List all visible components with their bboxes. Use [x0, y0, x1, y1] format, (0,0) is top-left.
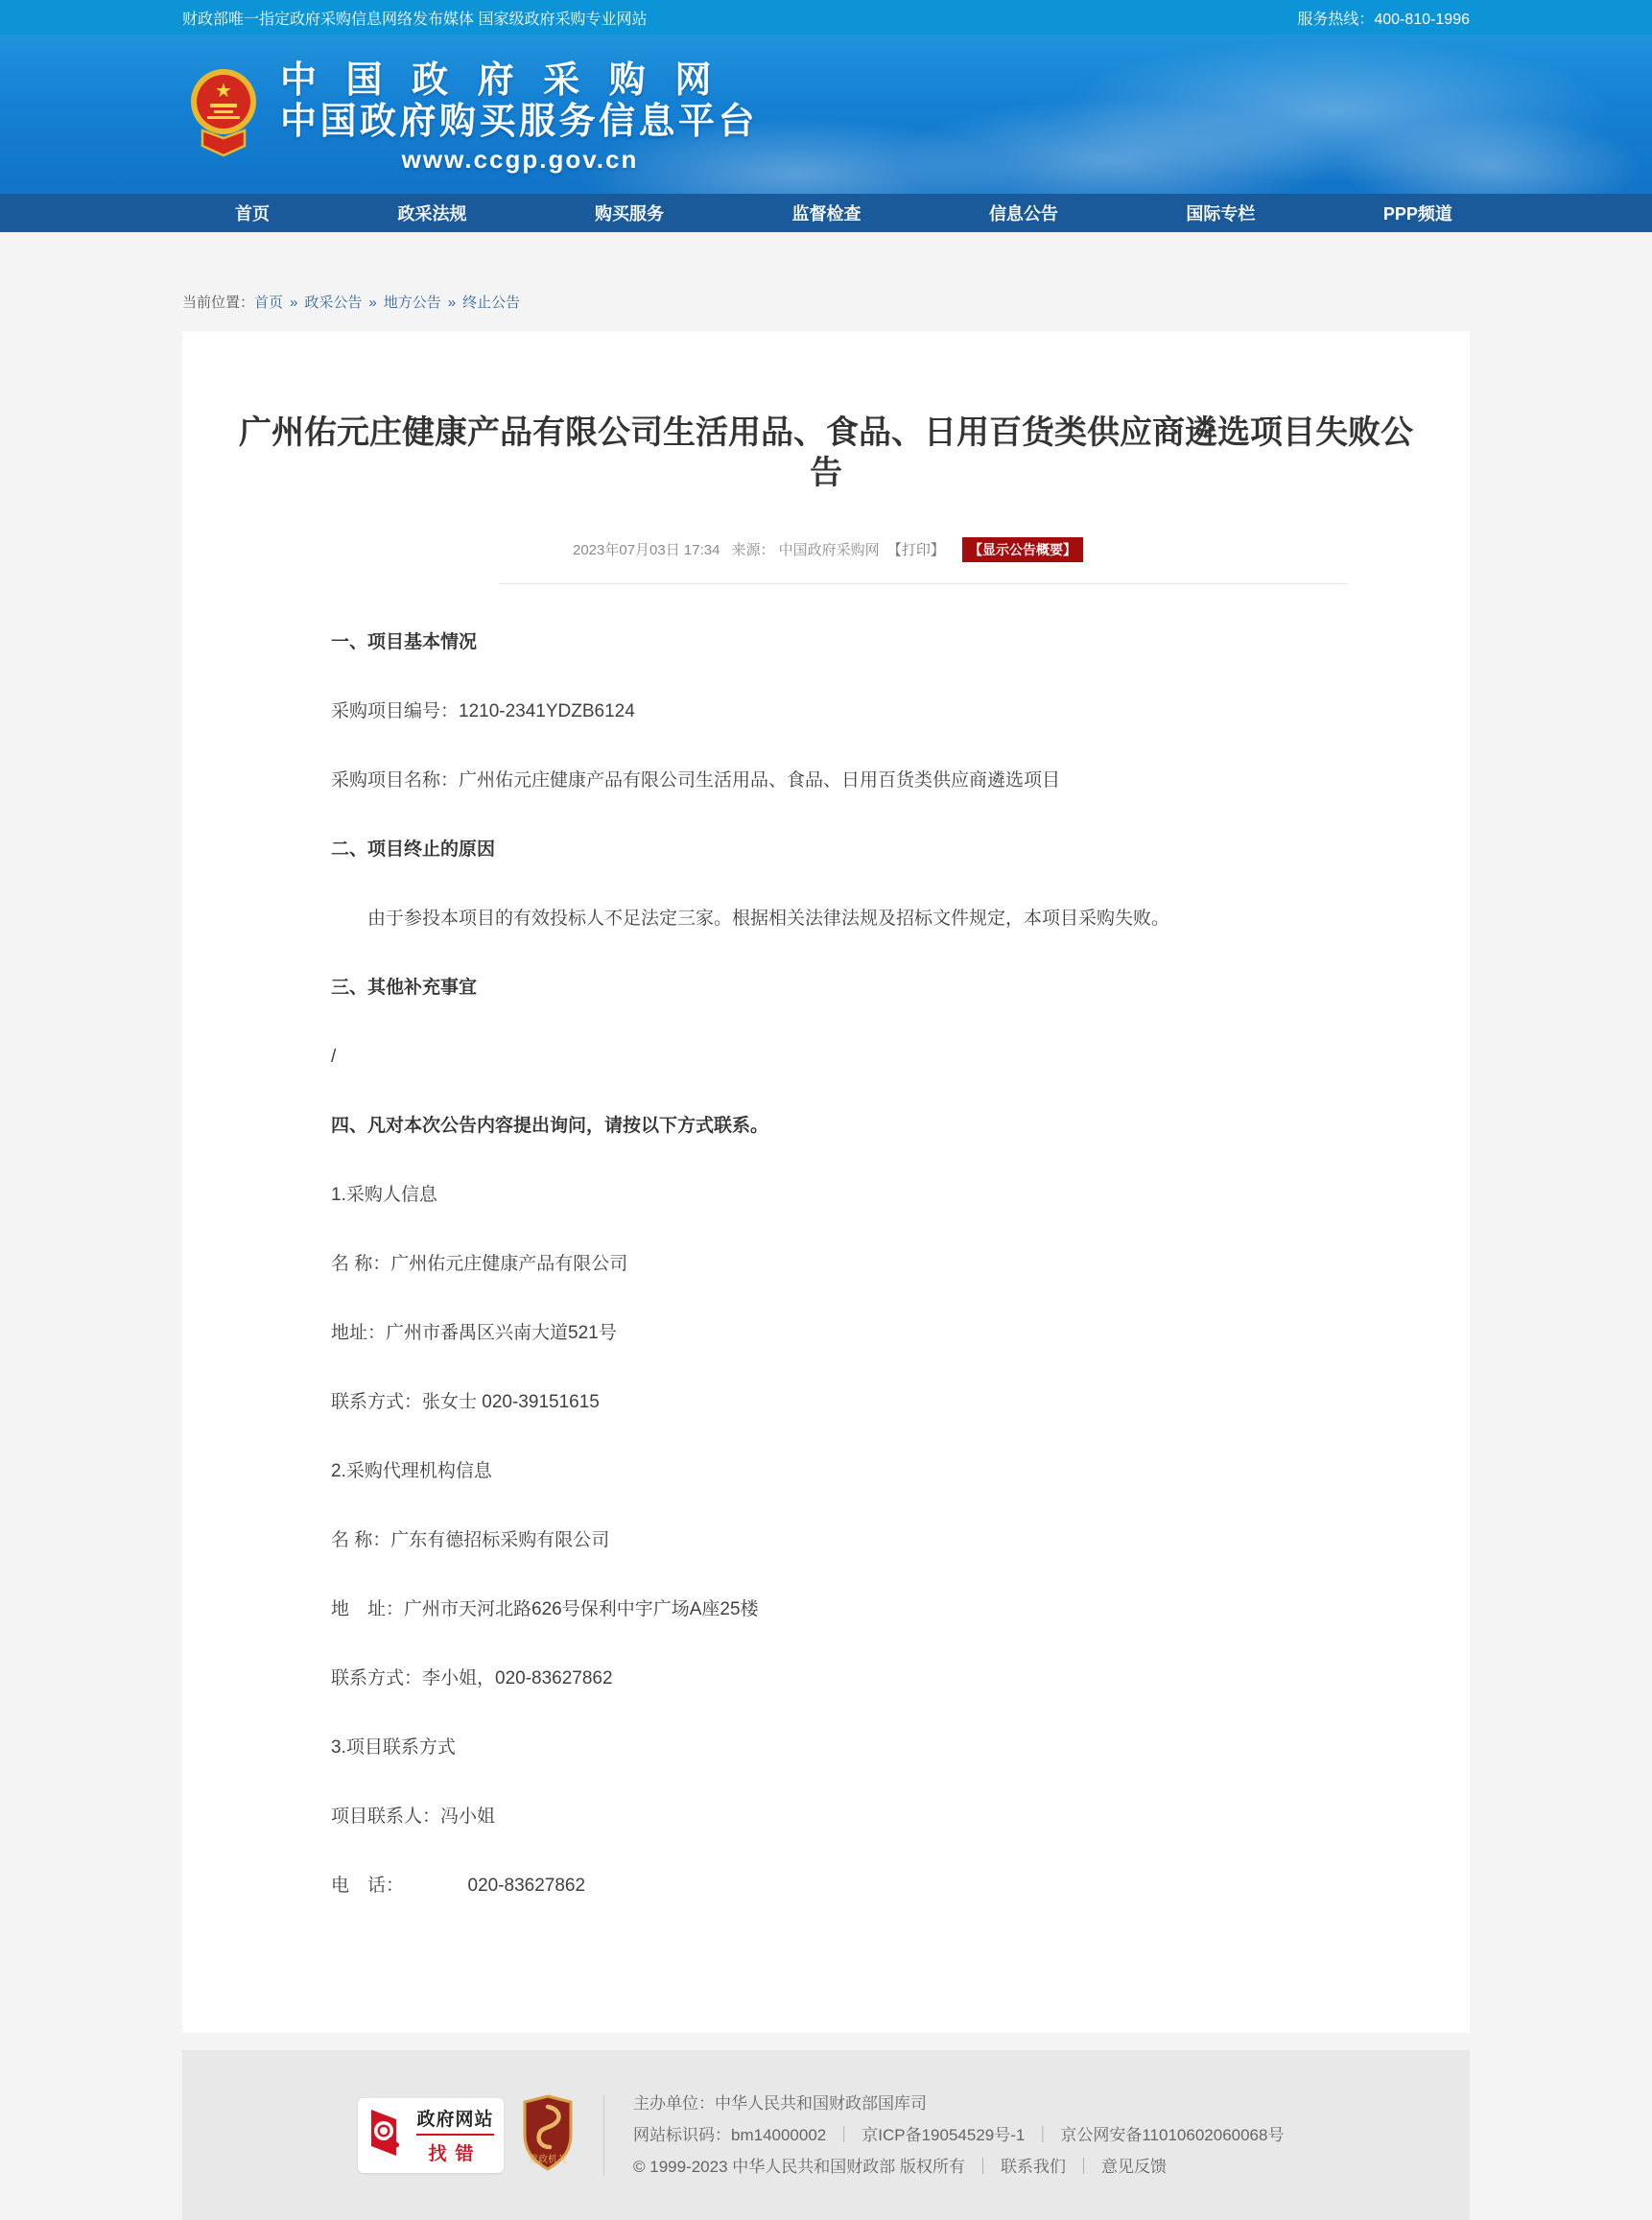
- nav-item-procurement-regulations[interactable]: 政采法规: [397, 201, 466, 225]
- footer-separator: ｜: [1066, 2158, 1101, 2176]
- breadcrumb-separator-icon: »: [441, 295, 462, 311]
- topbar-slogan: 财政部唯一指定政府采购信息网络发布媒体 国家级政府采购专业网站: [182, 7, 647, 29]
- site-url: www.ccgp.gov.cn: [280, 145, 760, 174]
- project-contact-heading: 3.项目联系方式: [331, 1736, 1321, 1760]
- agency-address: 地 址：广州市天河北路626号保利中宇广场A座25楼: [331, 1597, 1321, 1622]
- breadcrumb-link-procurement-announcements[interactable]: 政采公告: [304, 295, 362, 311]
- badge-gov-site-label: 政府网站: [416, 2105, 493, 2136]
- feedback-link[interactable]: 意见反馈: [1101, 2158, 1167, 2176]
- print-button[interactable]: 【打印】: [887, 542, 945, 558]
- supplementary-note: /: [331, 1045, 1321, 1070]
- badge-find-error-label: 找错: [416, 2139, 493, 2165]
- site-subtitle: 中国政府购买服务信息平台: [280, 102, 779, 142]
- nav-item-purchase-services[interactable]: 购买服务: [595, 201, 664, 225]
- purchaser-info-heading: 1.采购人信息: [331, 1183, 1321, 1208]
- agency-contact: 联系方式：李小姐，020-83627862: [331, 1666, 1321, 1691]
- article-source: 中国政府采购网: [779, 542, 880, 558]
- national-emblem-icon: ★: [188, 65, 259, 164]
- show-summary-button[interactable]: 【显示公告概要】: [962, 537, 1083, 562]
- nav-item-international-column[interactable]: 国际专栏: [1186, 201, 1255, 225]
- site-title: 中 国 政 府 采 购 网: [280, 59, 779, 102]
- breadcrumb-link-termination-announcements[interactable]: 终止公告: [462, 295, 520, 311]
- nav-item-home[interactable]: 首页: [235, 201, 270, 225]
- footer-separator: ｜: [826, 2126, 861, 2144]
- project-number: 采购项目编号：1210-2341YDZB6124: [331, 699, 1321, 724]
- footer-copyright: © 1999-2023 中华人民共和国财政部 版权所有: [633, 2158, 965, 2176]
- footer-organizer: 主办单位：中华人民共和国财政部国库司: [633, 2094, 927, 2113]
- purchaser-address: 地址：广州市番禺区兴南大道521号: [331, 1321, 1321, 1346]
- gov-site-error-check-badge[interactable]: 政府网站 找错: [358, 2098, 504, 2173]
- section-heading-1: 一、项目基本情况: [331, 630, 1321, 655]
- article-source-label: 来源：: [732, 542, 775, 558]
- breadcrumb-separator-icon: »: [283, 295, 304, 311]
- breadcrumb-separator-icon: »: [362, 295, 383, 311]
- magnifier-flag-icon: [367, 2108, 410, 2162]
- nav-item-information-announcements[interactable]: 信息公告: [989, 201, 1058, 225]
- footer-divider: [603, 2095, 604, 2176]
- project-contact-person: 项目联系人：冯小姐: [331, 1805, 1321, 1830]
- nav-item-supervision-inspection[interactable]: 监督检查: [791, 201, 861, 225]
- footer-text: 主办单位：中华人民共和国财政部国库司 网站标识码：bm14000002｜京ICP…: [633, 2088, 1284, 2183]
- purchaser-contact: 联系方式：张女士 020-39151615: [331, 1390, 1321, 1415]
- section-heading-4: 四、凡对本次公告内容提出询问，请按以下方式联系。: [331, 1114, 1321, 1139]
- page-title: 广州佑元庄健康产品有限公司生活用品、食品、日用百货类供应商遴选项目失败公告: [231, 413, 1421, 493]
- party-gov-shield-badge[interactable]: 党政机关: [519, 2094, 577, 2176]
- breadcrumb-link-local-announcements[interactable]: 地方公告: [384, 295, 441, 311]
- contact-us-link[interactable]: 联系我们: [1001, 2158, 1066, 2176]
- footer: 政府网站 找错 党政机关 主办单位：中华人民共和国财政部国库司 网站标识码：bm…: [182, 2050, 1470, 2220]
- project-contact-phone: 电 话： 020-83627862: [331, 1874, 1321, 1899]
- breadcrumb-link-home[interactable]: 首页: [254, 295, 283, 311]
- breadcrumb-label: 当前位置：: [182, 295, 254, 311]
- footer-separator: ｜: [965, 2158, 1001, 2176]
- section-heading-3: 三、其他补充事宜: [331, 976, 1321, 1001]
- article-datetime: 2023年07月03日 17:34: [573, 542, 720, 558]
- site-header: ★ 中 国 政 府 采 购 网 中国政府购买服务信息平台 www.ccgp.go…: [0, 35, 1652, 194]
- nav-item-ppp-channel[interactable]: PPP频道: [1383, 201, 1452, 225]
- section-heading-2: 二、项目终止的原因: [331, 838, 1321, 862]
- article-body: 一、项目基本情况 采购项目编号：1210-2341YDZB6124 采购项目名称…: [182, 584, 1470, 1899]
- termination-reason: 由于参投本项目的有效投标人不足法定三家。根据相关法律法规及招标文件规定，本项目采…: [331, 907, 1321, 932]
- footer-public-security-number: 京公网安备11010602060068号: [1060, 2126, 1284, 2144]
- footer-site-code: 网站标识码：bm14000002: [633, 2126, 826, 2144]
- breadcrumb: 当前位置：首页»政采公告»地方公告»终止公告: [182, 292, 1470, 312]
- footer-icp-number: 京ICP备19054529号-1: [861, 2126, 1025, 2144]
- purchaser-name: 名 称：广州佑元庄健康产品有限公司: [331, 1252, 1321, 1277]
- svg-text:★: ★: [215, 81, 232, 102]
- footer-separator: ｜: [1025, 2126, 1060, 2144]
- badge-party-gov-label: 党政机关: [529, 2153, 567, 2165]
- topbar: 财政部唯一指定政府采购信息网络发布媒体 国家级政府采购专业网站 服务热线：400…: [0, 0, 1652, 35]
- main-nav: 首页 政采法规 购买服务 监督检查 信息公告 国际专栏 PPP频道: [0, 194, 1652, 232]
- topbar-hotline: 服务热线：400-810-1996: [1297, 7, 1470, 29]
- project-name: 采购项目名称：广州佑元庄健康产品有限公司生活用品、食品、日用百货类供应商遴选项目: [331, 768, 1321, 793]
- agency-name: 名 称：广东有德招标采购有限公司: [331, 1528, 1321, 1553]
- article-card: 广州佑元庄健康产品有限公司生活用品、食品、日用百货类供应商遴选项目失败公告 20…: [182, 331, 1470, 2033]
- agency-info-heading: 2.采购代理机构信息: [331, 1459, 1321, 1484]
- article-meta: 2023年07月03日 17:34 来源：中国政府采购网 【打印】 【显示公告概…: [182, 537, 1470, 562]
